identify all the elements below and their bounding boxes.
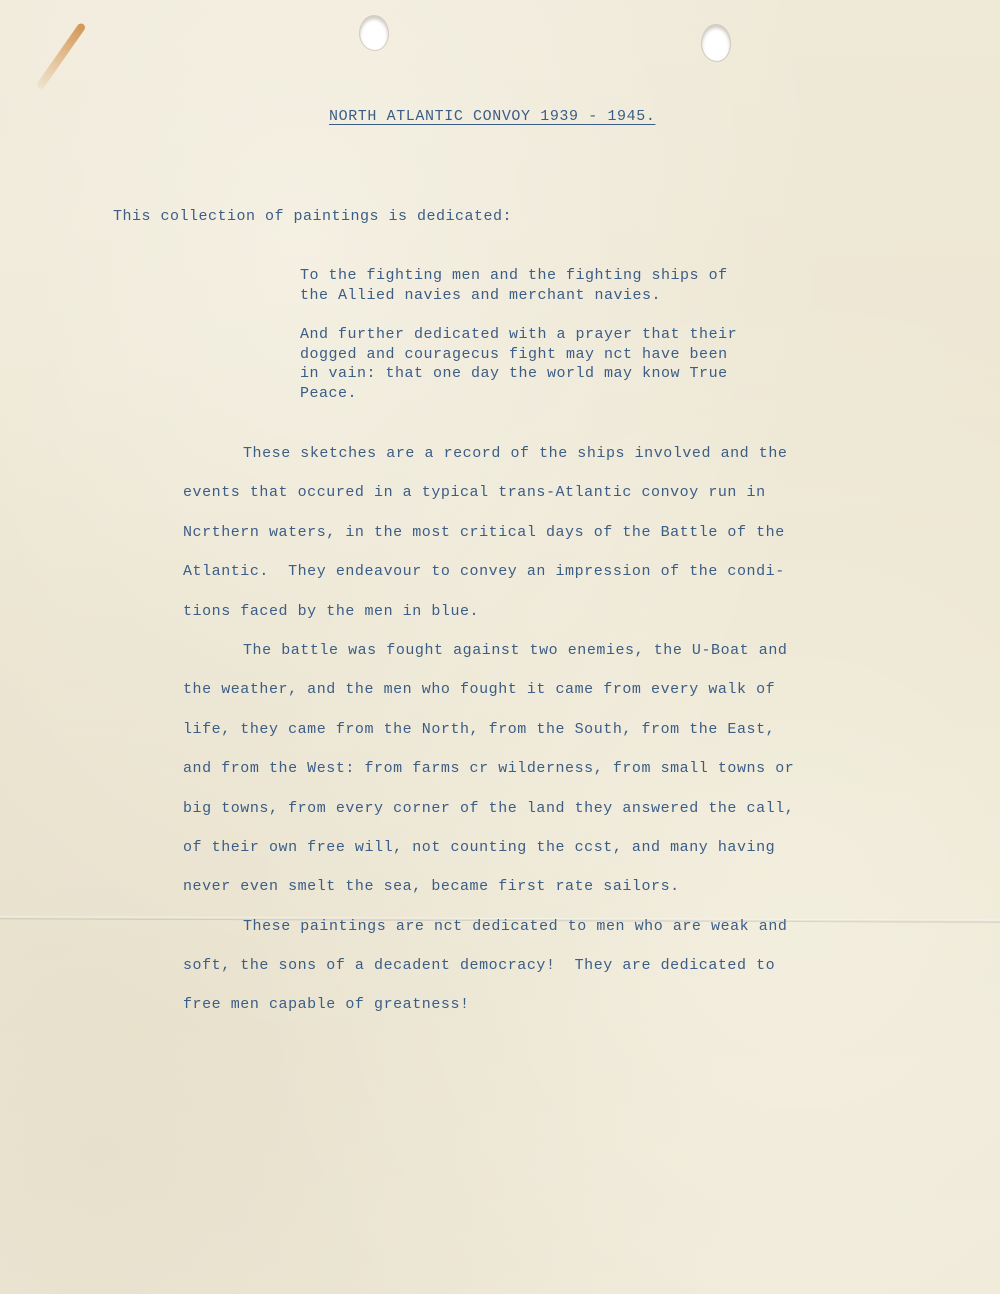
rust-stain bbox=[35, 22, 86, 90]
intro-line: This collection of paintings is dedicate… bbox=[113, 208, 512, 225]
body-line: of their own free will, not counting the… bbox=[183, 838, 843, 877]
typewritten-page: NORTH ATLANTIC CONVOY 1939 - 1945. This … bbox=[0, 0, 1000, 1294]
body-line: These paintings are nct dedicated to men… bbox=[183, 917, 843, 956]
body-line: Atlantic. They endeavour to convey an im… bbox=[183, 562, 843, 601]
body-line: life, they came from the North, from the… bbox=[183, 720, 843, 759]
dedication-line: Peace. bbox=[300, 384, 737, 404]
body-line: the weather, and the men who fought it c… bbox=[183, 680, 843, 719]
body-line: soft, the sons of a decadent democracy! … bbox=[183, 956, 843, 995]
dedication-line: the Allied navies and merchant navies. bbox=[300, 286, 728, 306]
body-line: never even smelt the sea, became first r… bbox=[183, 877, 843, 916]
body-line: Ncrthern waters, in the most critical da… bbox=[183, 523, 843, 562]
body-line: free men capable of greatness! bbox=[183, 995, 843, 1034]
body-line: events that occured in a typical trans-A… bbox=[183, 483, 843, 522]
dedication-line: in vain: that one day the world may know… bbox=[300, 364, 737, 384]
punch-hole-left bbox=[360, 16, 388, 50]
punch-hole-right bbox=[702, 25, 730, 61]
body-line: The battle was fought against two enemie… bbox=[183, 641, 843, 680]
body-line: and from the West: from farms cr wildern… bbox=[183, 759, 843, 798]
dedication-line: And further dedicated with a prayer that… bbox=[300, 325, 737, 345]
dedication-line: To the fighting men and the fighting shi… bbox=[300, 266, 728, 286]
document-title: NORTH ATLANTIC CONVOY 1939 - 1945. bbox=[329, 108, 655, 125]
body-line: These sketches are a record of the ships… bbox=[183, 444, 843, 483]
body-line: big towns, from every corner of the land… bbox=[183, 799, 843, 838]
body-text: These sketches are a record of the ships… bbox=[183, 444, 843, 1035]
body-line: tions faced by the men in blue. bbox=[183, 602, 843, 641]
dedication-line: dogged and couragecus fight may nct have… bbox=[300, 345, 737, 365]
dedication-paragraph-2: And further dedicated with a prayer that… bbox=[300, 325, 737, 403]
dedication-paragraph-1: To the fighting men and the fighting shi… bbox=[300, 266, 728, 305]
